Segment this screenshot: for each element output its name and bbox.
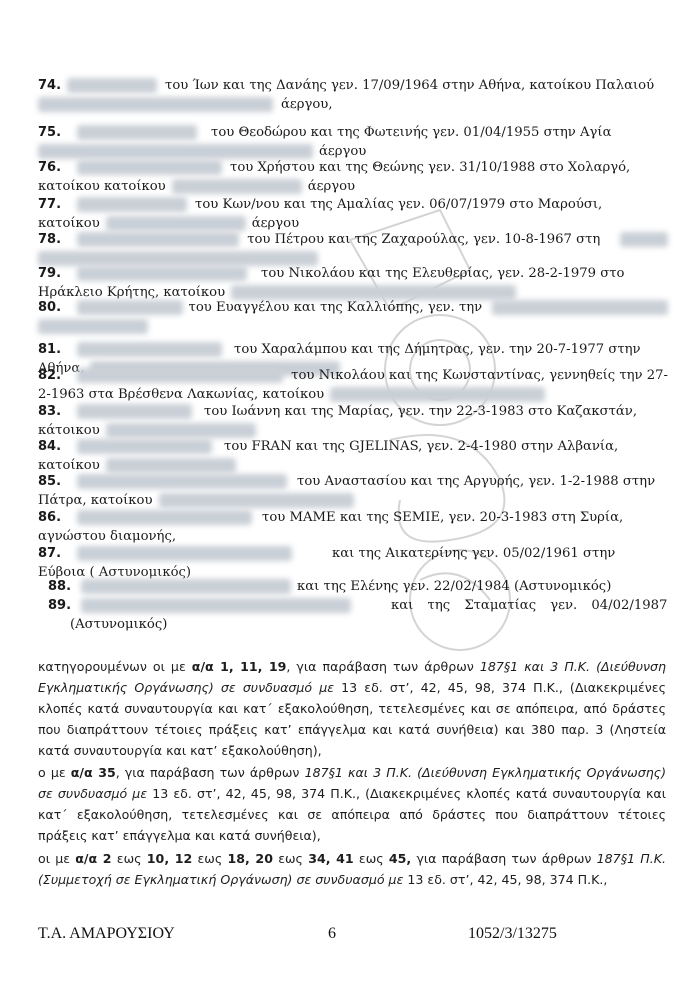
entry-88: 88.και της Ελένης γεν. 22/02/1984 (Αστυν… bbox=[48, 577, 678, 596]
redacted-address bbox=[38, 319, 148, 334]
redacted-place bbox=[620, 232, 668, 247]
charge-paragraph-1: κατηγορουμένων οι με α/α 1, 11, 19, για … bbox=[38, 656, 666, 761]
redacted-name bbox=[77, 510, 252, 525]
redacted-name bbox=[77, 125, 197, 140]
entry-75: 75.του Θεοδώρου και της Φωτεινής γεν. 01… bbox=[38, 123, 668, 161]
charge-paragraph-2: ο με α/α 35, για παράβαση των άρθρων 187… bbox=[38, 762, 666, 846]
redacted-address bbox=[172, 179, 302, 194]
entry-80: 80.του Ευαγγέλου και της Καλλιόπης, γεν.… bbox=[38, 298, 668, 336]
entry-number: 74. bbox=[38, 76, 61, 95]
redacted-name bbox=[81, 579, 291, 594]
entry-number: 83. bbox=[38, 402, 61, 421]
redacted-address bbox=[106, 423, 256, 438]
entry-number: 79. bbox=[38, 264, 61, 283]
entry-number: 89. bbox=[48, 596, 71, 615]
redacted-address bbox=[38, 97, 273, 112]
entry-82: 82.του Νικολάου και της Κωνσταντίνας, γε… bbox=[38, 366, 668, 404]
charge-paragraph-3: οι με α/α 2 εως 10, 12 εως 18, 20 εως 34… bbox=[38, 848, 666, 890]
redacted-address bbox=[106, 458, 236, 473]
redacted-name bbox=[77, 197, 187, 212]
entry-number: 85. bbox=[38, 472, 61, 491]
redacted-address bbox=[38, 144, 313, 159]
entry-number: 76. bbox=[38, 158, 61, 177]
redacted-name bbox=[77, 160, 222, 175]
entry-86: 86.του MAME και της SEMIE, γεν. 20-3-198… bbox=[38, 508, 668, 546]
redacted-name bbox=[77, 300, 183, 315]
entry-85: 85.του Αναστασίου και της Αργυρής, γεν. … bbox=[38, 472, 668, 510]
entry-89: 89.και της Σταματίας γεν. 04/02/1987 (Ασ… bbox=[48, 596, 668, 634]
entry-74: 74.του Ίων και της Δανάης γεν. 17/09/196… bbox=[38, 76, 668, 114]
entry-number: 82. bbox=[38, 366, 61, 385]
entry-76: 76.του Χρήστου και της Θεώνης γεν. 31/10… bbox=[38, 158, 668, 196]
entry-78: 78.του Πέτρου και της Ζαχαρούλας, γεν. 1… bbox=[38, 230, 668, 268]
redacted-address bbox=[330, 387, 545, 402]
entry-number: 86. bbox=[38, 508, 61, 527]
redacted-name bbox=[67, 78, 157, 93]
entry-number: 84. bbox=[38, 437, 61, 456]
entry-number: 75. bbox=[38, 123, 61, 142]
entry-84: 84.του FRAN και της GJELINAS, γεν. 2-4-1… bbox=[38, 437, 668, 475]
redacted-name bbox=[77, 266, 247, 281]
redacted-name bbox=[77, 474, 287, 489]
entry-77: 77.του Κων/νου και της Αμαλίας γεν. 06/0… bbox=[38, 195, 668, 233]
redacted-name bbox=[77, 342, 222, 357]
entry-number: 78. bbox=[38, 230, 61, 249]
redacted-name bbox=[77, 439, 212, 454]
entry-79: 79.του Νικολάου και της Ελευθερίας, γεν.… bbox=[38, 264, 668, 302]
footer-department: Τ.Α. ΑΜΑΡΟΥΣΙΟΥ bbox=[38, 925, 175, 943]
redacted-name bbox=[77, 404, 192, 419]
entry-number: 77. bbox=[38, 195, 61, 214]
redacted-name bbox=[81, 598, 351, 613]
redacted-name bbox=[77, 546, 292, 561]
redacted-name bbox=[77, 368, 283, 383]
redacted-address bbox=[106, 216, 246, 231]
footer-reference-number: 1052/3/13275 bbox=[468, 925, 557, 943]
redacted-birthplace bbox=[492, 300, 668, 315]
redacted-address bbox=[159, 493, 354, 508]
entry-number: 88. bbox=[48, 577, 71, 596]
entry-number: 80. bbox=[38, 298, 61, 317]
redacted-name bbox=[77, 232, 239, 247]
document-page: 74.του Ίων και της Δανάης γεν. 17/09/196… bbox=[0, 0, 700, 990]
entry-83: 83.του Ιωάννη και της Μαρίας, γεν. την 2… bbox=[38, 402, 668, 440]
entry-number: 87. bbox=[38, 544, 61, 563]
entry-number: 81. bbox=[38, 340, 61, 359]
footer-page-number: 6 bbox=[328, 925, 336, 943]
